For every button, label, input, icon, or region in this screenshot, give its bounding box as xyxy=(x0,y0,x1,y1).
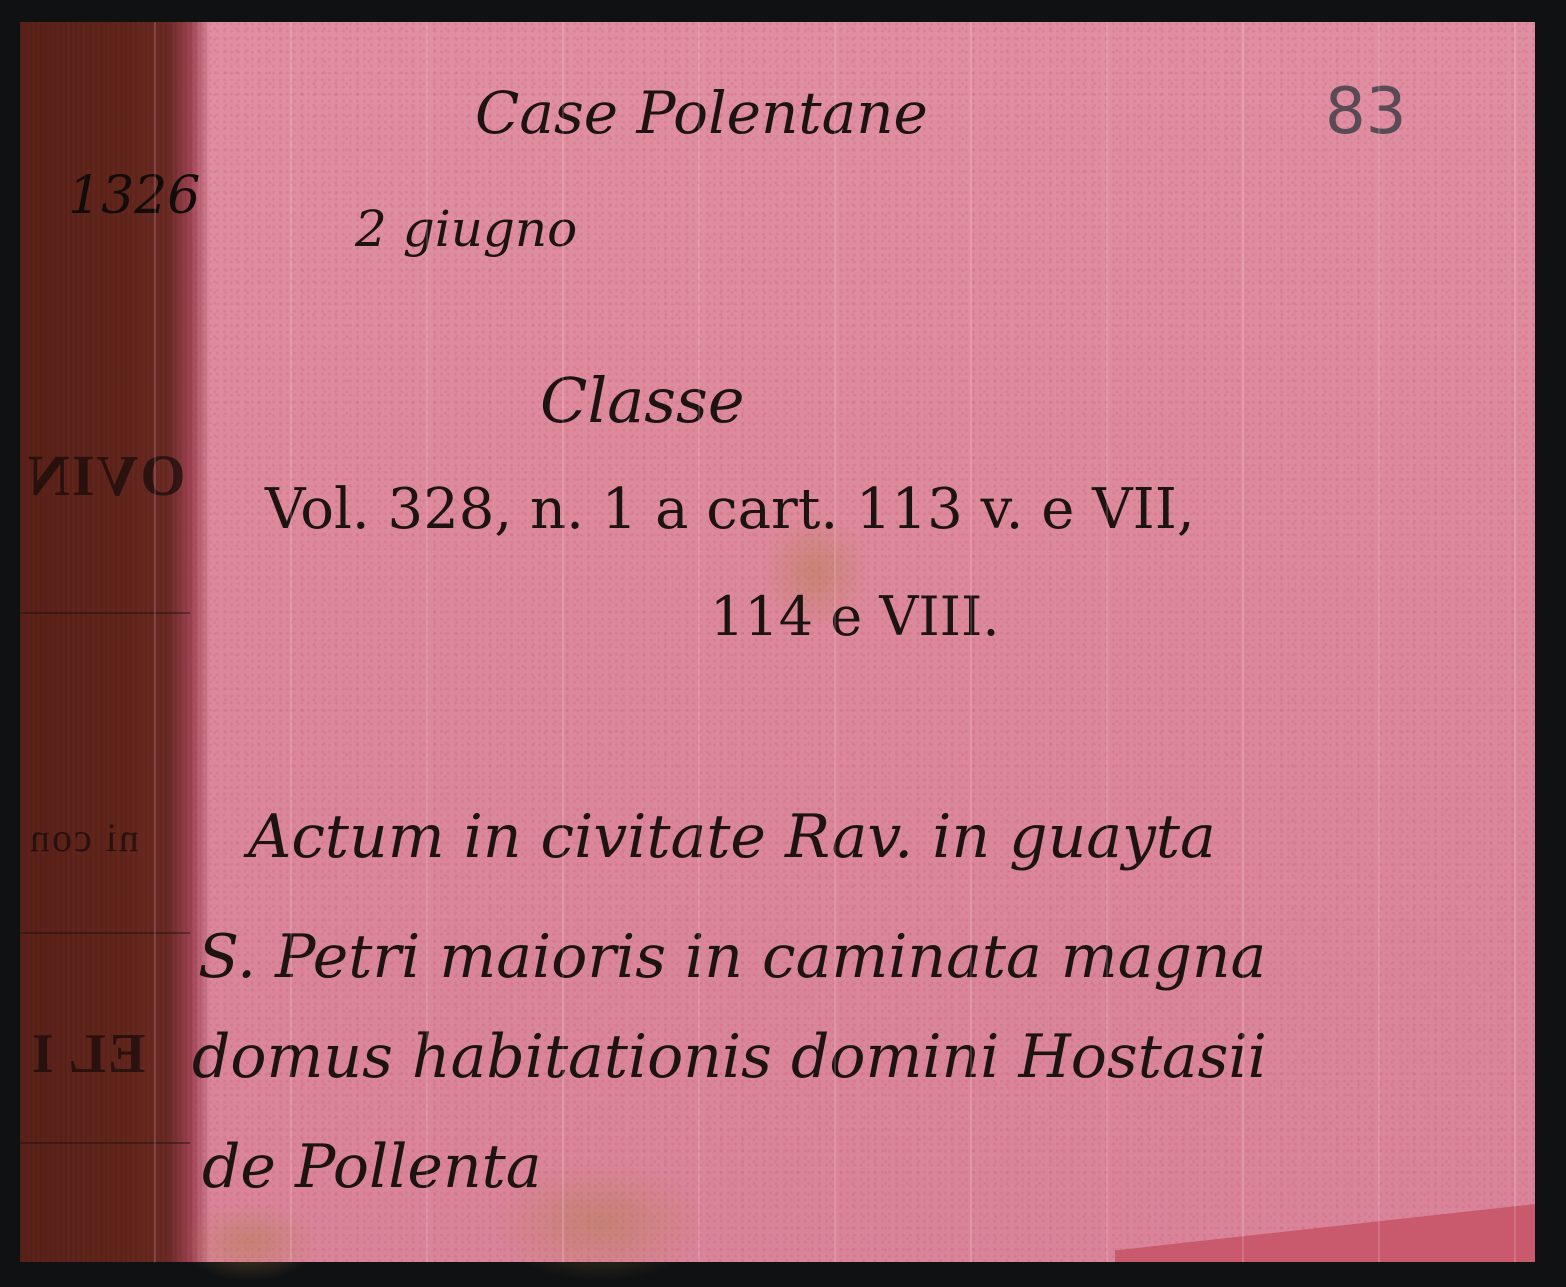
spine-rule xyxy=(20,612,190,614)
body-line: de Pollenta xyxy=(202,1137,541,1197)
note-card: OVIN ni con EL I Case Polentane 83 1326 … xyxy=(20,22,1535,1262)
document-title: Case Polentane xyxy=(475,84,928,142)
body-line: S. Petri maioris in caminata magna xyxy=(198,927,1266,987)
place-name: Classe xyxy=(540,370,745,432)
scanned-document: OVIN ni con EL I Case Polentane 83 1326 … xyxy=(0,0,1566,1287)
spine-fragment-upper: OVIN xyxy=(26,442,185,509)
archive-reference-line1: Vol. 328, n. 1 a cart. 113 v. e VII, xyxy=(265,482,1195,538)
body-line: domus habitationis domini Hostasii xyxy=(192,1027,1267,1087)
spine-rule xyxy=(20,1142,190,1144)
document-year: 1326 xyxy=(68,170,200,222)
folded-corner xyxy=(1115,1204,1535,1262)
body-line: Actum in civitate Rav. in guayta xyxy=(248,807,1216,867)
spine-fragment-lower: EL I xyxy=(30,1022,145,1086)
folio-number: 83 xyxy=(1325,80,1406,144)
spine-rule xyxy=(20,932,190,934)
archive-reference-line2: 114 e VIII. xyxy=(710,590,1000,644)
document-date: 2 giugno xyxy=(355,204,577,254)
spine-fragment-middle: ni con xyxy=(28,814,139,861)
